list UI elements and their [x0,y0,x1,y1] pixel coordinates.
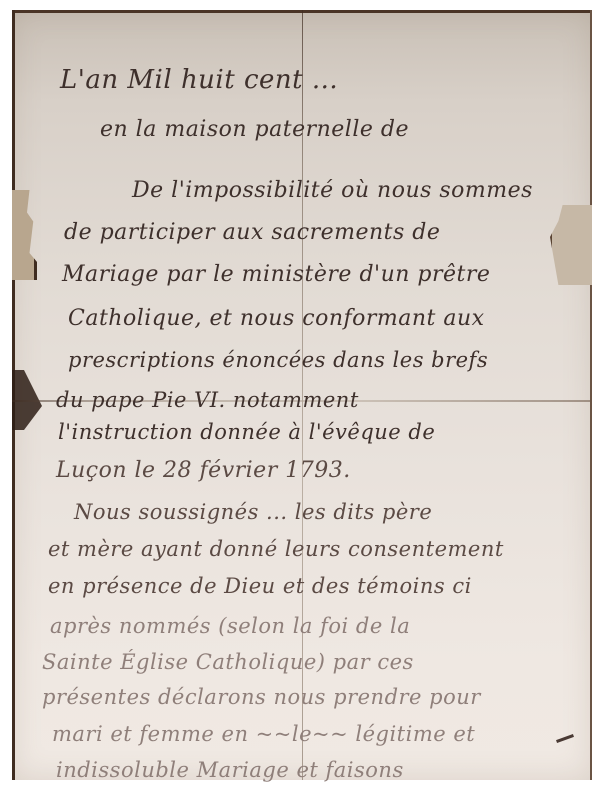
text-line: De l'impossibilité où nous sommes [132,178,533,203]
text-line: prescriptions énoncées dans les brefs [68,348,488,372]
paper-sheet: L'an Mil huit cent ... en la maison pate… [12,10,592,780]
text-line: du pape Pie VI. notamment [56,388,359,412]
text-line: Sainte Église Catholique) par ces [42,650,414,674]
handwritten-text: L'an Mil huit cent ... en la maison pate… [12,10,592,780]
text-line: Mariage par le ministère d'un prêtre [62,262,490,287]
text-line: et mère ayant donné leurs consentement [48,537,504,561]
text-line: en présence de Dieu et des témoins ci [48,574,472,598]
text-line: en la maison paternelle de [100,117,409,142]
text-line: après nommés (selon la foi de la [50,614,410,638]
text-line: de participer aux sacrements de [64,220,440,245]
text-line: Catholique, et nous conformant aux [68,306,485,331]
text-line: L'an Mil huit cent ... [60,65,338,95]
document-photo: L'an Mil huit cent ... en la maison pate… [0,0,605,800]
text-line: indissoluble Mariage et faisons [56,758,404,782]
text-line: mari et femme en ~~le~~ légitime et [52,722,475,746]
text-line: présentes déclarons nous prendre pour [42,685,481,709]
text-line: Luçon le 28 février 1793. [56,458,351,483]
text-line: Nous soussignés ... les dits père [74,500,432,524]
text-line: l'instruction donnée à l'évêque de [58,420,435,444]
